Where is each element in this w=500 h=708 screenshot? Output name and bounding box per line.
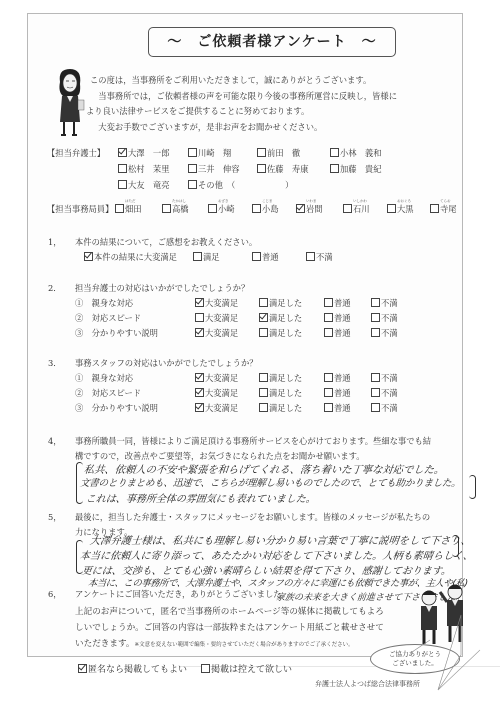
option-label: 掲載は控えて欲しい [211,665,292,675]
q2-item-label: ③ 分かりやすい説明 [75,327,158,339]
ruby-text: てらお [440,199,451,204]
option-label: 小林 義和 [340,148,382,158]
option-label: 加藤 貴紀 [340,164,382,174]
q4-answer-line: 文書のとりまとめも、迅速で、こちらが理解し易いものでしたので、とても助かりました… [79,475,461,489]
q4-text-line1: 事務所職員一同，皆様によりご満足頂ける事務所サービスを心がけております。些細な事… [75,435,431,447]
q6-text-line1: アンケートにご回答いただき，ありがとうございました。 [75,588,290,600]
checkbox[interactable] [188,148,197,157]
option-label: 石川 [353,204,370,214]
lawyers-label: 【担当弁護士】 [47,147,105,159]
q2-item-option[interactable]: 普通 [324,312,351,324]
q2-item-option[interactable]: 大変満足 [195,297,238,309]
option-label: 普通 [334,298,351,308]
q1-text: 本件の結果について，ご感想をお教えください。 [75,236,257,248]
staff-option[interactable]: いしかわ石川 [343,203,370,215]
checkbox-checked[interactable] [195,388,204,397]
lawyers-illustration-icon [415,580,485,650]
checkbox[interactable] [201,664,210,673]
checkbox[interactable] [330,164,339,173]
option-label: 普通 [262,252,279,262]
lawyer-option[interactable]: 前田 徹 [257,147,300,159]
publish-ok-option[interactable]: 匿名なら掲載してもよい [78,662,187,675]
option-label: 大変満足 [205,313,238,323]
lawyer-option[interactable]: 加藤 貴紀 [330,163,382,175]
option-label: 普通 [334,328,351,338]
q6-number: 6， [48,588,62,600]
checkbox[interactable] [252,252,261,261]
option-label: 岩間 [306,204,323,214]
lawyer-option[interactable]: その他 （ ） [188,179,293,191]
q1-option[interactable]: 不満 [306,251,333,263]
q3-item-label: ③ 分かりやすい説明 [75,402,158,414]
checkbox[interactable] [257,164,266,173]
checkbox[interactable] [343,204,352,213]
checkbox[interactable] [115,204,124,213]
lawyer-option[interactable]: 三井 伸容 [188,163,240,175]
option-label: 畑田 [125,204,142,214]
option-label: 小崎 [218,204,235,214]
ruby-text: いわま [306,199,317,204]
option-label: 不満 [381,298,398,308]
q3-item-option[interactable]: 満足した [259,387,302,399]
q5-answer-line: 本当に、この事務所で、大澤弁護士や、スタッフの方々に幸運にも依頼できた事が、主人… [87,575,468,589]
q3-item-option[interactable]: 普通 [324,387,351,399]
lawyer-option[interactable]: 大澤 一郎 [118,147,170,159]
option-label: 大黒 [397,204,414,214]
checkbox[interactable] [259,328,268,337]
option-label: 普通 [334,388,351,398]
q3-item-option[interactable]: 満足した [259,402,302,414]
q2-item-option[interactable]: 普通 [324,327,351,339]
q3-item-option[interactable]: 大変満足 [195,372,238,384]
q6-text-line2: 上記のお声について，匿名で当事務所のホームページ等の媒体に掲載してもよろ [75,605,384,617]
q2-item-option[interactable]: 満足した [259,327,302,339]
ruby-text: おざき [218,199,229,204]
q5-answer-line: 本当に依頼人に寄り添って、あたたかい対応をして下さいました。人柄も素晴らしく、 [79,547,474,562]
q2-item-option[interactable]: 不満 [371,327,398,339]
option-label: 普通 [334,373,351,383]
checkbox[interactable] [188,180,197,189]
ruby-text: たかはし [172,199,186,204]
option-label: 本件の結果に大変満足 [94,252,177,262]
q2-text: 担当弁護士の対応はいかがでしたでしょうか？ [75,282,249,294]
checkbox[interactable] [208,204,217,213]
option-label: 満足 [203,252,220,262]
option-label: 大友 竜亮 [128,180,170,190]
staff-option[interactable]: たかはし高橋 [162,203,189,215]
option-label: 大変満足 [205,403,238,413]
checkbox-checked[interactable] [84,252,93,261]
q3-item-option[interactable]: 不満 [371,387,398,399]
option-label: 不満 [316,252,333,262]
intro-line: 大変お手数でございますが，是非お声をお聞かせください。 [90,120,397,136]
staff-option[interactable]: いわま岩間 [296,203,323,215]
q2-item-option[interactable]: 大変満足 [195,327,238,339]
q3-text: 事務スタッフの対応はいかがでしたでしょうか？ [75,357,258,369]
option-label: 寺尾 [440,204,457,214]
q3-item-label: ① 親身な対応 [75,372,133,384]
q3-item-option[interactable]: 大変満足 [195,387,238,399]
q2-item-option[interactable]: 普通 [324,297,351,309]
checkbox[interactable] [324,328,333,337]
lawyer-option[interactable]: 小林 義和 [330,147,382,159]
checkbox[interactable] [330,148,339,157]
checkbox-checked[interactable] [78,664,87,673]
option-label: 大変満足 [205,373,238,383]
staff-label: 【担当事務局員】 [47,203,113,215]
staff-option[interactable]: おおぐろ大黒 [387,203,414,215]
intro-line: この度は，当事務所をご利用いただきまして，誠にありがとうございます。 [90,73,397,89]
q3-number: 3． [48,357,62,369]
checkbox[interactable] [193,252,202,261]
ruby-text: はただ [125,199,136,204]
checkbox[interactable] [371,373,380,382]
q2-item-option[interactable]: 不満 [371,297,398,309]
q5-number: 5， [48,511,62,523]
checkbox[interactable] [259,373,268,382]
option-label: 大変満足 [205,388,238,398]
checkbox[interactable] [371,313,380,322]
checkbox[interactable] [371,328,380,337]
option-label: 不満 [381,403,398,413]
intro-line: より良い法律サービスをご提供することに努めております。 [86,104,397,120]
lawyer-option[interactable]: 川崎 翔 [188,147,231,159]
checkbox[interactable] [324,373,333,382]
q2-item-option[interactable]: 大変満足 [195,312,238,324]
option-label: 満足した [269,373,302,383]
q5-text-line1: 最後に，担当した弁護士・スタッフにメッセージをお願いします。皆様のメッセージが私… [75,511,430,523]
staff-option[interactable]: はただ畑田 [115,203,142,215]
checkbox[interactable] [324,298,333,307]
checkbox[interactable] [371,403,380,412]
option-label: 前田 徹 [267,148,300,158]
intro-text: この度は，当事務所をご利用いただきまして，誠にありがとうございます。 当事務所で… [90,73,397,135]
q3-item-option[interactable]: 不満 [371,402,398,414]
checkbox[interactable] [259,298,268,307]
checkbox[interactable] [188,164,197,173]
option-label: 普通 [334,403,351,413]
option-label: 不満 [381,388,398,398]
checkbox[interactable] [259,403,268,412]
checkbox[interactable] [195,313,204,322]
checkbox[interactable] [162,204,171,213]
q3-item-option[interactable]: 不満 [371,372,398,384]
option-label: 不満 [381,313,398,323]
q4-number: 4， [48,435,62,447]
staff-option[interactable]: こじま小島 [252,203,279,215]
q2-number: 2． [48,282,62,294]
firm-name: 弁護士法人よつば総合法律事務所 [315,679,420,689]
option-label: その他 （ ） [198,180,293,190]
option-label: 佐藤 寿康 [267,164,309,174]
q4-answer-line: これは、事務所全体の雰囲気にも表れていました。 [85,490,317,505]
option-label: 大変満足 [205,328,238,338]
staff-option[interactable]: おざき小崎 [208,203,235,215]
option-label: 松村 茉里 [128,164,170,174]
checkbox[interactable] [371,298,380,307]
option-label: 小島 [262,204,279,214]
q2-item-option[interactable]: 満足した [259,297,302,309]
q2-item-label: ① 親身な対応 [75,297,133,309]
lawyer-option[interactable]: 松村 茉里 [118,163,170,175]
staff-option[interactable]: てらお寺尾 [430,203,457,215]
lawyer-option[interactable]: 大友 竜亮 [118,179,170,191]
checkbox-checked[interactable] [195,373,204,382]
q3-item-label: ② 対応スピード [75,387,141,399]
q5-answer-line: 大澤弁護士様は、私共にも理解し易い分かり易い言葉で丁寧に説明をして下さり、 [89,532,472,547]
option-label: 満足した [269,328,302,338]
q3-item-option[interactable]: 大変満足 [195,402,238,414]
checkbox-checked[interactable] [195,328,204,337]
checkbox[interactable] [324,403,333,412]
option-label: 満足した [269,403,302,413]
bubble-line: ご協力ありがとう [371,650,459,659]
q2-item-option[interactable]: 不満 [371,312,398,324]
checkbox[interactable] [259,388,268,397]
checkbox-checked[interactable] [296,204,305,213]
checkbox[interactable] [252,204,261,213]
receptionist-illustration-icon [52,66,88,140]
option-label: 川崎 翔 [198,148,231,158]
survey-title: 〜 ご依頼者様アンケート 〜 [148,27,396,57]
q1-option[interactable]: 普通 [252,251,279,263]
option-label: 大変満足 [205,298,238,308]
checkbox[interactable] [118,164,127,173]
checkbox[interactable] [257,148,266,157]
option-label: 満足した [269,388,302,398]
option-label: 満足した [269,313,302,323]
checkbox-checked[interactable] [195,403,204,412]
checkbox-checked[interactable] [118,148,127,157]
option-label: 高橋 [172,204,189,214]
checkbox[interactable] [324,313,333,322]
checkbox[interactable] [306,252,315,261]
ruby-text: こじま [262,199,273,204]
checkbox[interactable] [324,388,333,397]
ruby-text: おおぐろ [397,199,411,204]
q2-item-option[interactable]: 満足した [259,312,302,324]
option-label: 満足した [269,298,302,308]
checkbox[interactable] [387,204,396,213]
q3-item-option[interactable]: 普通 [324,372,351,384]
answer-bracket-right [469,475,476,499]
option-label: 不満 [381,328,398,338]
q1-option[interactable]: 満足 [193,251,220,263]
option-label: 不満 [381,373,398,383]
q6-text-main: いただきます。 [75,639,134,649]
q1-number: 1， [48,236,62,248]
lawyer-option[interactable]: 佐藤 寿康 [257,163,309,175]
intro-line: 当事務所では，ご依頼者様の声を可能な限り今後の事務所運営に反映し，皆様に [90,89,397,105]
q1-option[interactable]: 本件の結果に大変満足 [84,251,177,263]
option-label: 大澤 一郎 [128,148,170,158]
option-label: 三井 伸容 [198,164,240,174]
checkbox[interactable] [118,180,127,189]
checkbox-checked[interactable] [259,313,268,322]
bubble-line: ございました。 [371,659,459,668]
q3-item-option[interactable]: 満足した [259,372,302,384]
q6-text-line4: いただきます。※文意を変えない範囲で編集・要約させていただく場合がありますのでご… [75,637,354,649]
checkbox[interactable] [371,388,380,397]
checkbox-checked[interactable] [195,298,204,307]
q4-answer-line: 私共、依頼人の不安や緊張を和らげてくれる、落ち着いた丁寧な対応でした。 [83,461,445,476]
publish-decline-option[interactable]: 掲載は控えて欲しい [201,662,292,675]
ruby-text: いしかわ [353,199,367,204]
checkbox[interactable] [430,204,439,213]
q2-item-label: ② 対応スピード [75,312,141,324]
q6-note: ※文意を変えない範囲で編集・要約させていただく場合がありますのでご了承ください。 [134,642,353,648]
q3-item-option[interactable]: 普通 [324,402,351,414]
option-label: 匿名なら掲載してもよい [88,665,187,675]
q6-text-line3: しいでしょうか。ご回答の内容は一部抜粋またはアンケート用紙ごと載せさせて [75,621,384,633]
option-label: 普通 [334,313,351,323]
